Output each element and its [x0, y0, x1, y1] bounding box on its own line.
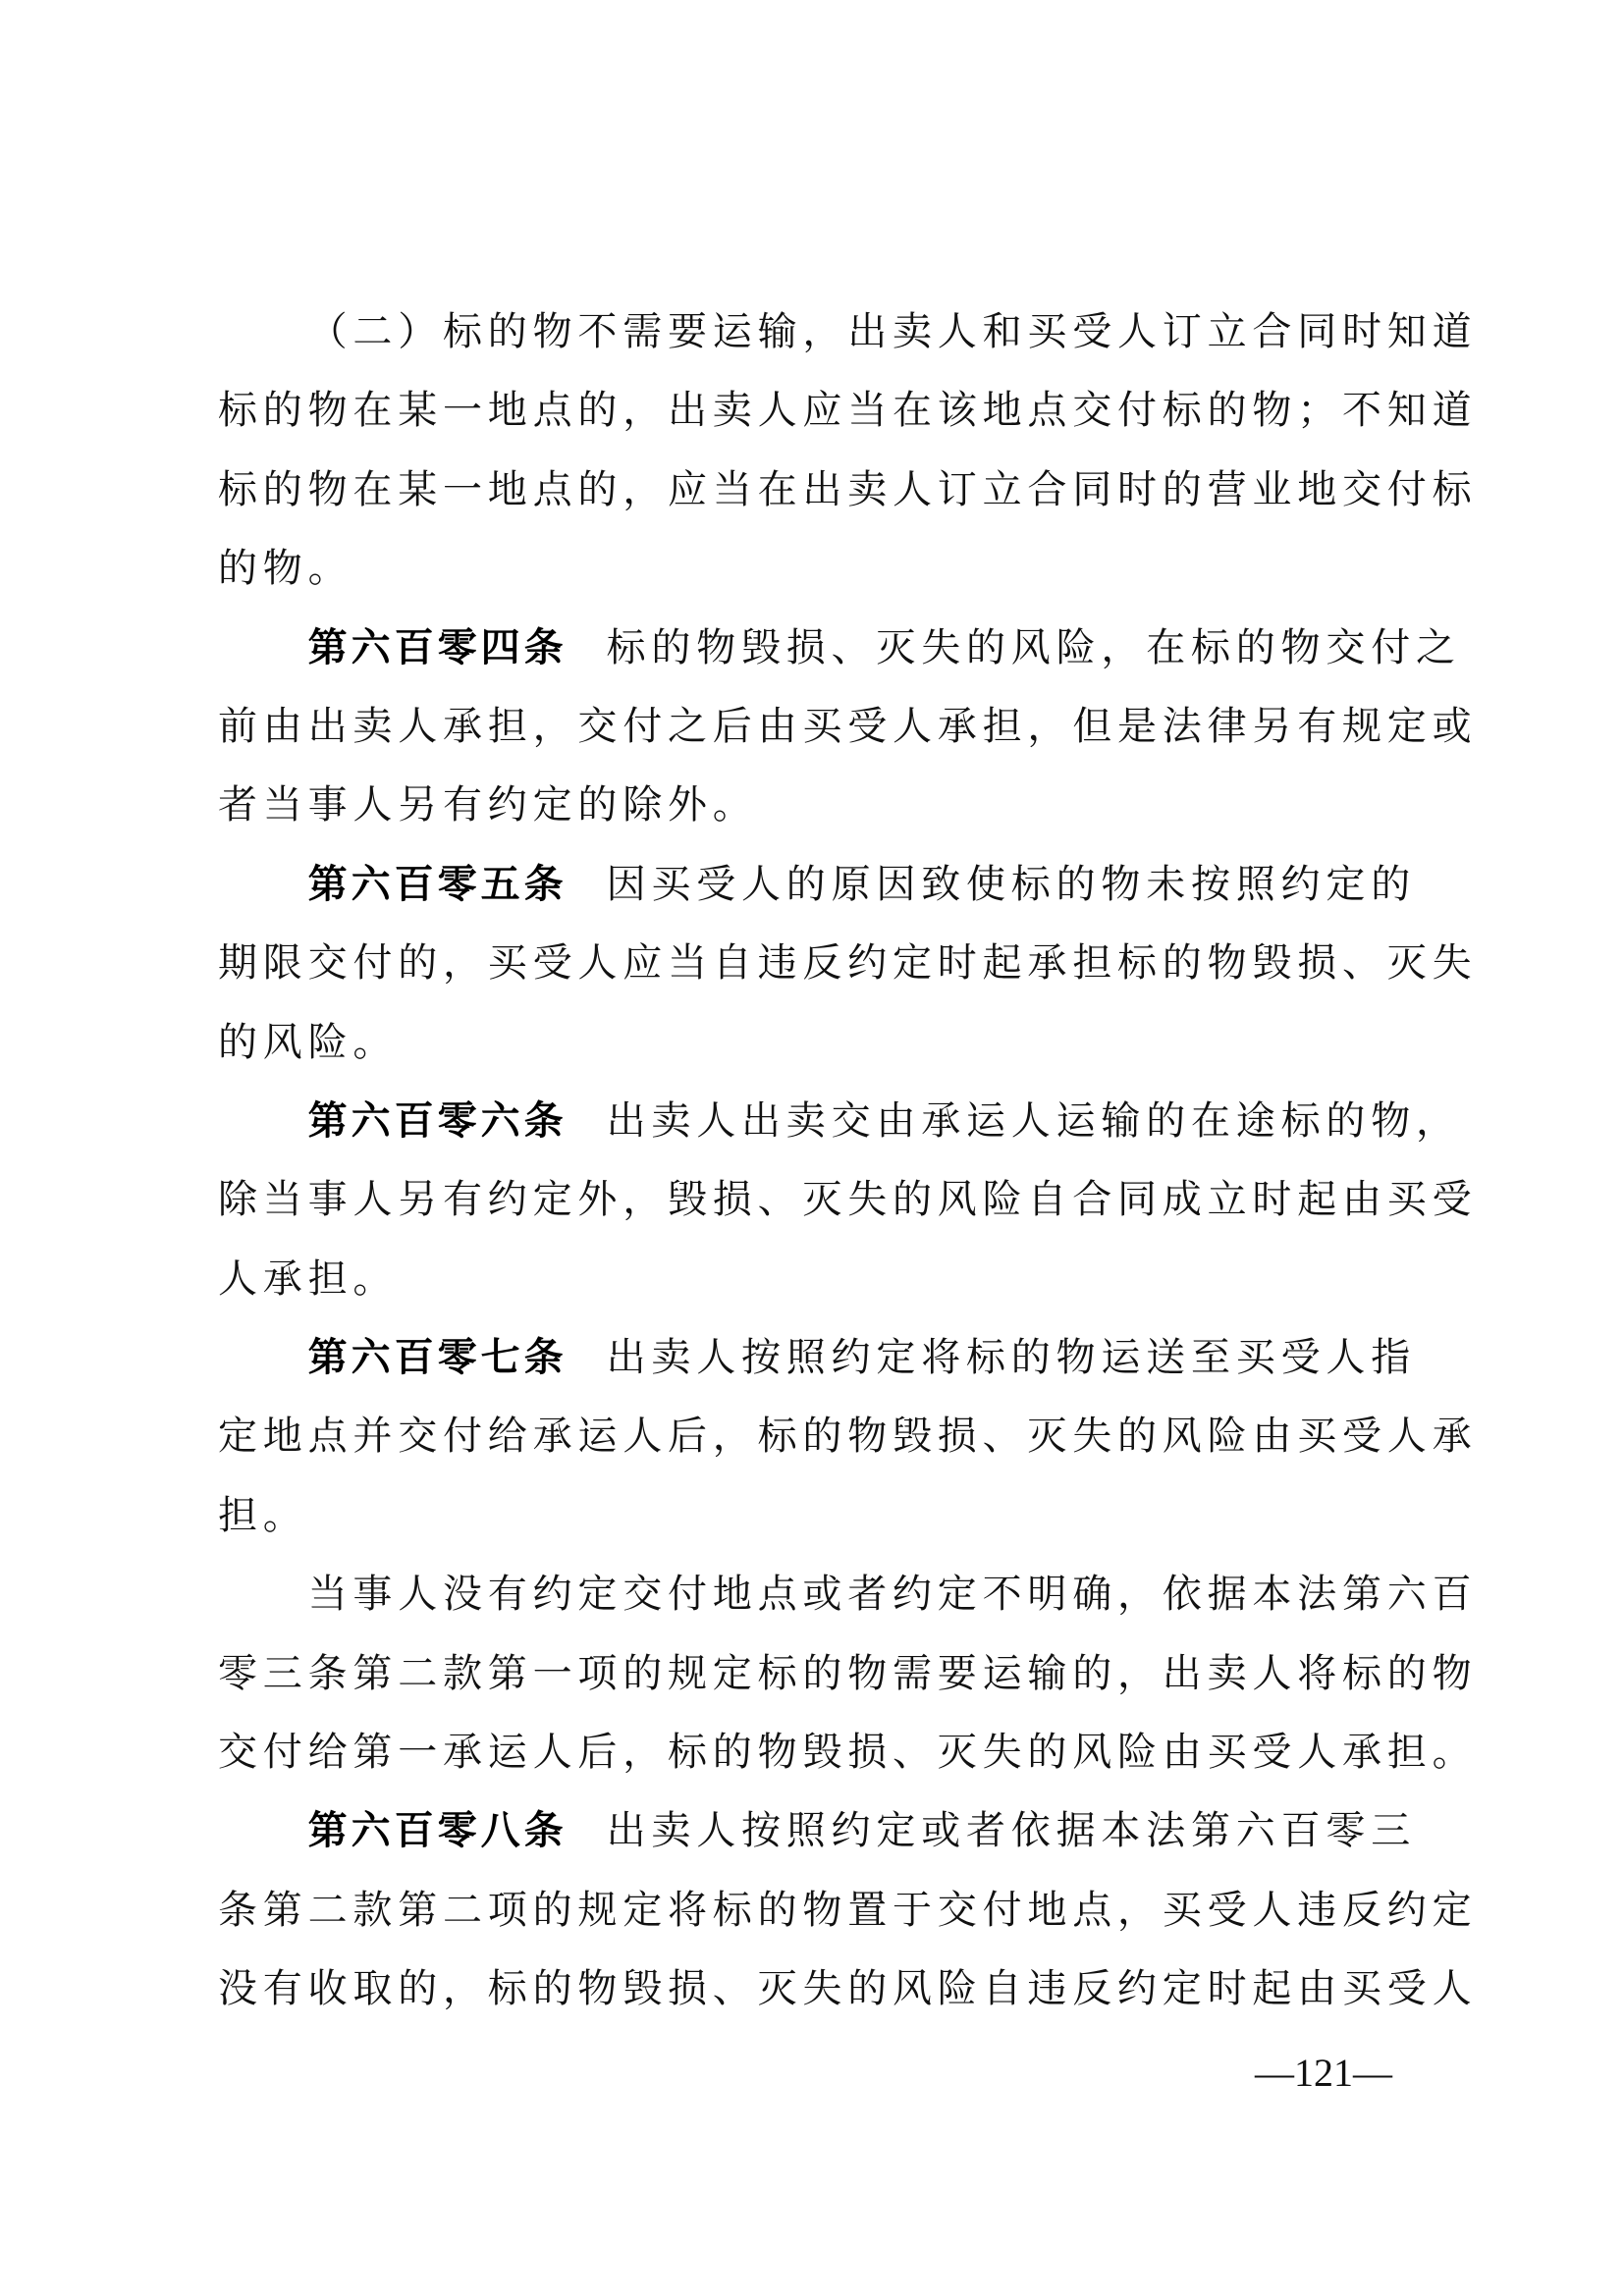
page-number: —121—: [1255, 2050, 1392, 2096]
text-line: 的物。: [218, 529, 1435, 608]
article-first-line: 第六百零七条出卖人按照约定将标的物运送至买受人指: [218, 1318, 1435, 1397]
document-page: （二）标的物不需要运输，出卖人和买受人订立合同时知道 标的物在某一地点的，出卖人…: [218, 293, 1435, 2029]
article-first-line: 第六百零六条出卖人出卖交由承运人运输的在途标的物，: [218, 1082, 1435, 1160]
text-line: 标的物在某一地点的，出卖人应当在该地点交付标的物；不知道: [218, 371, 1435, 450]
text-line: 出卖人按照约定将标的物运送至买受人指: [607, 1335, 1416, 1380]
article-first-line: 第六百零五条因买受人的原因致使标的物未按照约定的: [218, 845, 1435, 924]
text-line: 者当事人另有约定的除外。: [218, 766, 1435, 844]
article-title: 第六百零六条: [308, 1098, 568, 1144]
text-line: 出卖人出卖交由承运人运输的在途标的物，: [607, 1098, 1461, 1144]
text-line: 出卖人按照约定或者依据本法第六百零三: [607, 1808, 1416, 1853]
text-line: （二）标的物不需要运输，出卖人和买受人订立合同时知道: [218, 293, 1435, 371]
text-line: 交付给第一承运人后，标的物毁损、灭失的风险由买受人承担。: [218, 1713, 1435, 1791]
article-607: 第六百零七条出卖人按照约定将标的物运送至买受人指 定地点并交付给承运人后，标的物…: [218, 1318, 1435, 1555]
text-line: 前由出卖人承担，交付之后由买受人承担，但是法律另有规定或: [218, 687, 1435, 766]
text-line: 人承担。: [218, 1240, 1435, 1318]
article-606: 第六百零六条出卖人出卖交由承运人运输的在途标的物， 除当事人另有约定外，毁损、灭…: [218, 1082, 1435, 1318]
text-line: 担。: [218, 1476, 1435, 1555]
article-608: 第六百零八条出卖人按照约定或者依据本法第六百零三 条第二款第二项的规定将标的物置…: [218, 1791, 1435, 2028]
paragraph-clause-2: （二）标的物不需要运输，出卖人和买受人订立合同时知道 标的物在某一地点的，出卖人…: [218, 293, 1435, 609]
text-line: 除当事人另有约定外，毁损、灭失的风险自合同成立时起由买受: [218, 1160, 1435, 1239]
text-line: 的风险。: [218, 1003, 1435, 1082]
text-line: 条第二款第二项的规定将标的物置于交付地点，买受人违反约定: [218, 1871, 1435, 1949]
text-line: 因买受人的原因致使标的物未按照约定的: [607, 862, 1416, 907]
article-title: 第六百零五条: [308, 862, 568, 907]
article-first-line: 第六百零四条标的物毁损、灭失的风险，在标的物交付之: [218, 609, 1435, 687]
article-title: 第六百零八条: [308, 1808, 568, 1853]
article-first-line: 第六百零八条出卖人按照约定或者依据本法第六百零三: [218, 1791, 1435, 1870]
text-line: 标的物在某一地点的，应当在出卖人订立合同时的营业地交付标: [218, 451, 1435, 529]
article-604: 第六百零四条标的物毁损、灭失的风险，在标的物交付之 前由出卖人承担，交付之后由买…: [218, 609, 1435, 845]
article-title: 第六百零七条: [308, 1335, 568, 1380]
text-line: 零三条第二款第一项的规定标的物需要运输的，出卖人将标的物: [218, 1634, 1435, 1713]
text-line: 定地点并交付给承运人后，标的物毁损、灭失的风险由买受人承: [218, 1397, 1435, 1475]
article-title: 第六百零四条: [308, 625, 568, 670]
text-line: 标的物毁损、灭失的风险，在标的物交付之: [607, 625, 1461, 670]
text-line: 当事人没有约定交付地点或者约定不明确，依据本法第六百: [218, 1555, 1435, 1633]
text-line: 没有收取的，标的物毁损、灭失的风险自违反约定时起由买受人: [218, 1949, 1435, 2028]
text-line: 期限交付的，买受人应当自违反约定时起承担标的物毁损、灭失: [218, 924, 1435, 1002]
article-607-paragraph-2: 当事人没有约定交付地点或者约定不明确，依据本法第六百 零三条第二款第一项的规定标…: [218, 1555, 1435, 1791]
article-605: 第六百零五条因买受人的原因致使标的物未按照约定的 期限交付的，买受人应当自违反约…: [218, 845, 1435, 1082]
